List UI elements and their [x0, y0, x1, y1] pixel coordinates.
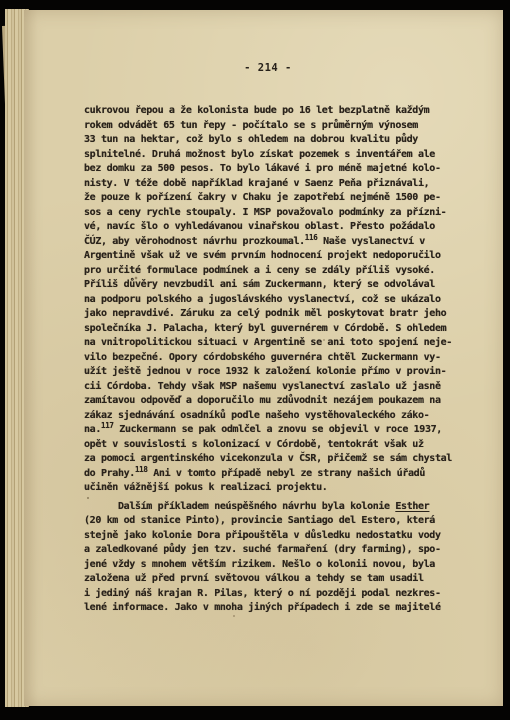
footnote-reference: 118 [135, 465, 148, 474]
text-line: i jediný náš krajan R. Pilas, který o ní… [84, 587, 460, 602]
underlined-text: Esther [395, 501, 429, 512]
text-segment: opět v souvislosti s kolonizací v Córdob… [84, 439, 424, 450]
text-segment: Dalším příkladem neúspěšného návrhu byla… [118, 501, 395, 512]
text-segment: za pomoci argentinského vicekonzula v ČS… [84, 453, 452, 464]
text-line: (20 km od stanice Pinto), provincie Sant… [84, 514, 460, 529]
text-line: lené informace. Jako v mnoha jiných příp… [84, 601, 460, 616]
text-segment: a zaledkované půdy jen tzv. suché farmař… [84, 544, 441, 555]
text-segment: lené informace. Jako v mnoha jiných příp… [84, 602, 441, 613]
text-segment: (20 km od stanice Pinto), provincie Sant… [84, 515, 435, 526]
text-line: že pouze k pořízení čakry v Chaku je zap… [84, 191, 460, 206]
paragraph: cukrovou řepou a že kolonista bude po 16… [84, 104, 460, 496]
text-segment: jené vždy s mnohem větším rizikem. Nešlo… [84, 559, 435, 570]
text-line: na vnitropolitickou situaci v Argentině … [84, 336, 460, 351]
text-line: a zaledkované půdy jen tzv. suché farmař… [84, 543, 460, 558]
text-segment: společníka J. Palacha, který byl guverné… [84, 323, 446, 334]
text-line: sos a ceny rychle stoupaly. I MSP považo… [84, 206, 460, 221]
text-segment: sos a ceny rychle stoupaly. I MSP považo… [84, 207, 446, 218]
page-number: - 214 - [84, 62, 452, 74]
text-line: nisty. V téže době například krajané v S… [84, 177, 460, 192]
text-segment: vilo bezpečné. Opory córdobského guverné… [84, 352, 441, 363]
text-segment: Příliš důvěry nevzbudil ani sám Zuckerma… [84, 279, 435, 290]
text-line: bez domku za 500 pesos. To bylo lákavé i… [84, 162, 460, 177]
text-segment: zamítavou odpověď a doporučilo mu zdůvod… [84, 395, 441, 406]
text-line: na podporu polského a jugoslávského vysl… [84, 293, 460, 308]
text-segment: na podporu polského a jugoslávského vysl… [84, 294, 441, 305]
text-line: jené vždy s mnohem větším rizikem. Nešlo… [84, 558, 460, 573]
text-line: založena už před první světovou válkou a… [84, 572, 460, 587]
text-line: stejně jako kolonie Dora připouštěla v d… [84, 529, 460, 544]
text-segment: cukrovou řepou a že kolonista bude po 16… [84, 105, 429, 116]
text-segment: užít ještě jednou v roce 1932 k založení… [84, 366, 446, 377]
text-line: Příliš důvěry nevzbudil ani sám Zuckerma… [84, 278, 460, 293]
text-segment: vé, navíc šlo o vyhledávanou vinařskou o… [84, 221, 435, 232]
text-line: pro určité formulace podmínek a i ceny s… [84, 264, 460, 279]
text-line: Dalším příkladem neúspěšného návrhu byla… [84, 500, 460, 515]
footnote-reference: 116 [305, 233, 318, 242]
text-line: jako nepravdivé. Záruku za celý podnik m… [84, 307, 460, 322]
text-line: společníka J. Palacha, který byl guverné… [84, 322, 460, 337]
text-line: splnitelné. Druhá možnost bylo získat po… [84, 148, 460, 163]
text-line: užít ještě jednou v roce 1932 k založení… [84, 365, 460, 380]
text-line: zamítavou odpověď a doporučilo mu zdůvod… [84, 394, 460, 409]
text-line: na.117 Zuckermann se pak odmlčel a znovu… [84, 423, 460, 438]
text-segment: Argentině však už ve svém prvním hodnoce… [84, 250, 441, 261]
text-segment: Ani v tomto případě nebyl ze strany naši… [148, 468, 425, 479]
text-line: cii Córdoba. Tehdy však MSP našemu vysla… [84, 380, 460, 395]
text-segment: pro určité formulace podmínek a i ceny s… [84, 265, 435, 276]
text-line: vilo bezpečné. Opory córdobského guverné… [84, 351, 460, 366]
text-line: zákaz sjednávání osadníků podle našeho v… [84, 409, 460, 424]
text-segment: splnitelné. Druhá možnost bylo získat po… [84, 149, 435, 160]
book-page: - 214 - cukrovou řepou a že kolonista bu… [24, 10, 503, 706]
text-segment: Zuckermann se pak odmlčel a znovu se obj… [114, 424, 442, 435]
paragraph: Dalším příkladem neúspěšného návrhu byla… [84, 500, 460, 616]
text-segment: nisty. V téže době například krajané v S… [84, 178, 429, 189]
text-segment: na. [84, 424, 101, 435]
text-segment: do Prahy. [84, 468, 135, 479]
text-block: cukrovou řepou a že kolonista bude po 16… [84, 104, 460, 616]
text-line: rokem odvádět 65 tun řepy - počítalo se … [84, 119, 460, 134]
text-segment: 33 tun na hektar, což bylo s ohledem na … [84, 134, 418, 145]
text-segment: jako nepravdivé. Záruku za celý podnik m… [84, 308, 446, 319]
text-segment: založena už před první světovou válkou a… [84, 573, 424, 584]
text-segment: cii Córdoba. Tehdy však MSP našemu vysla… [84, 381, 441, 392]
text-segment: rokem odvádět 65 tun řepy - počítalo se … [84, 120, 418, 131]
footnote-reference: 117 [101, 421, 114, 430]
text-line: opět v souvislosti s kolonizací v Córdob… [84, 438, 460, 453]
text-line: 33 tun na hektar, což bylo s ohledem na … [84, 133, 460, 148]
text-segment: Naše vyslanectví v [317, 236, 425, 247]
text-line: ČÚZ, aby věrohodnost návrhu prozkoumal.1… [84, 235, 460, 250]
text-line: vé, navíc šlo o vyhledávanou vinařskou o… [84, 220, 460, 235]
text-line: Argentině však už ve svém prvním hodnoce… [84, 249, 460, 264]
text-segment: zákaz sjednávání osadníků podle našeho v… [84, 410, 429, 421]
text-segment: učiněn vážnější pokus k realizaci projek… [84, 482, 327, 493]
text-segment: na vnitropolitickou situaci v Argentině … [84, 337, 452, 348]
text-line: učiněn vážnější pokus k realizaci projek… [84, 481, 460, 496]
text-line: cukrovou řepou a že kolonista bude po 16… [84, 104, 460, 119]
text-segment: že pouze k pořízení čakry v Chaku je zap… [84, 192, 441, 203]
text-segment: i jediný náš krajan R. Pilas, který o ní… [84, 588, 441, 599]
text-line: do Prahy.118 Ani v tomto případě nebyl z… [84, 467, 460, 482]
text-segment: bez domku za 500 pesos. To bylo lákavé i… [84, 163, 441, 174]
scanned-book-photo: - 214 - cukrovou řepou a že kolonista bu… [0, 0, 510, 720]
text-segment: stejně jako kolonie Dora připouštěla v d… [84, 530, 441, 541]
text-segment: ČÚZ, aby věrohodnost návrhu prozkoumal. [84, 236, 305, 247]
